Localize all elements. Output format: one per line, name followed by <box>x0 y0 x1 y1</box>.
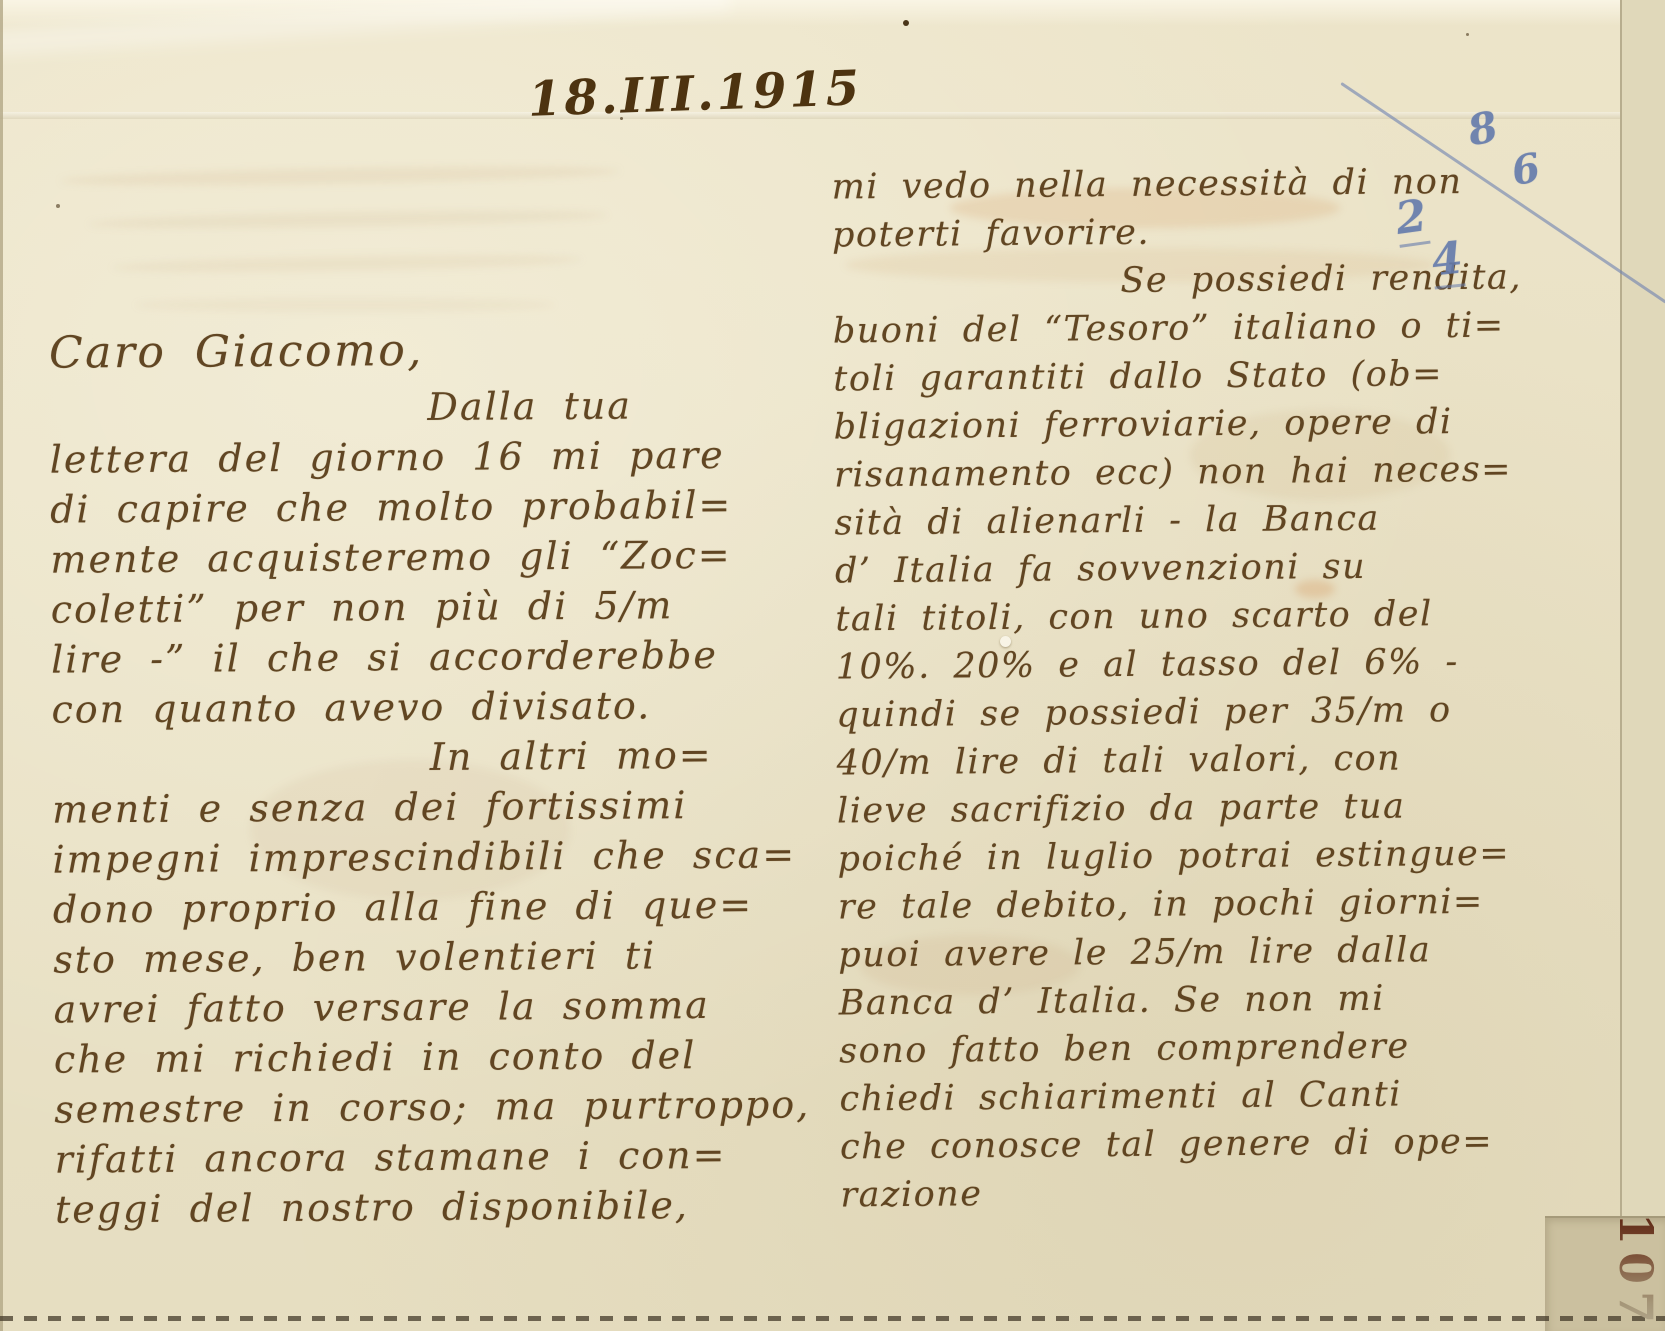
letter-line: poiché in luglio potrai estingue= <box>837 829 1637 884</box>
letter-line: tali titoli, con uno scarto del <box>835 589 1635 644</box>
letter-line: teggi del nostro disponibile, <box>55 1179 800 1234</box>
blue-pencil-mark: 8 <box>1463 101 1502 155</box>
salutation: Caro Giacomo, <box>49 323 794 384</box>
letter-line: che conosce tal genere di ope= <box>840 1116 1640 1171</box>
letter-line: impegni imprescindibili che sca= <box>52 829 797 884</box>
letter-line: con quanto avevo divisato. <box>51 679 796 734</box>
letter-line: sono fatto ben comprendere <box>839 1020 1639 1075</box>
letter-line: lieve sacrifizio da parte tua <box>837 781 1637 836</box>
showthrough-smudge <box>88 207 608 231</box>
letter-line: sto mese, ben volentieri ti <box>53 929 798 984</box>
letter-line: di capire che molto probabil= <box>50 479 795 534</box>
letter-line: Se possiedi rendita, <box>832 253 1632 308</box>
bottom-edge-stitch-line <box>0 1316 1665 1321</box>
letter-line: semestre in corso; ma purtroppo, <box>54 1079 799 1134</box>
letter-line: chiedi schiarimenti al Canti <box>839 1068 1639 1123</box>
letter-line: lire -” il che si accorderebbe <box>51 629 796 684</box>
page-number-stamp: 1078 <box>1617 1213 1663 1331</box>
letter-line: toli garantiti dallo Stato (ob= <box>833 349 1633 404</box>
letter-line: lettera del giorno 16 mi pare <box>50 429 795 484</box>
ink-speck <box>1466 33 1469 36</box>
ink-speck <box>903 20 909 26</box>
letter-line: sità di alienarli - la Banca <box>834 493 1634 548</box>
letter-line: avrei fatto versare la somma <box>53 979 798 1034</box>
letter-line: risanamento ecc) non hai neces= <box>834 445 1634 500</box>
letter-line: 40/m lire di tali valori, con <box>836 733 1636 788</box>
letter-line: mente acquisteremo gli “Zoc= <box>50 529 795 584</box>
letter-line: poterti favorire. <box>832 205 1632 260</box>
letter-line: Dalla tua <box>49 379 794 434</box>
left-column: Caro Giacomo, Dalla tua lettera del gior… <box>49 323 800 1234</box>
letter-line: razione <box>840 1164 1640 1219</box>
letter-line: menti e senza dei fortissimi <box>52 779 797 834</box>
letter-line: In altri mo= <box>52 729 797 784</box>
letter-date: 18.III.1915 <box>527 60 863 128</box>
letter-line: che mi richiedi in conto del <box>54 1029 799 1084</box>
letter-line: puoi avere le 25/m lire dalla <box>838 925 1638 980</box>
showthrough-smudge <box>135 298 555 312</box>
letter-line: quindi se possiedi per 35/m o <box>836 685 1636 740</box>
ink-speck <box>56 204 60 208</box>
letter-line: rifatti ancora stamane i con= <box>54 1129 799 1184</box>
letter-line: dono proprio alla fine di que= <box>53 879 798 934</box>
letter-line: 10%. 20% e al tasso del 6% - <box>836 637 1636 692</box>
blue-pencil-mark: 4 <box>1429 233 1465 290</box>
letter-scan: { "letter": { "date": "18.III.1915", "le… <box>0 0 1665 1331</box>
paper-left-edge <box>0 0 3 1331</box>
letter-line: Banca d’ Italia. Se non mi <box>839 972 1639 1027</box>
right-column: mi vedo nella necessità di non poterti f… <box>831 157 1640 1220</box>
letter-line: buoni del “Tesoro” italiano o ti= <box>833 301 1633 356</box>
letter-line: d’ Italia fa sovvenzioni su <box>835 541 1635 596</box>
letter-line: re tale debito, in pochi giorni= <box>838 877 1638 932</box>
letter-line: coletti” per non più di 5/m <box>51 579 796 634</box>
showthrough-smudge <box>60 163 620 189</box>
letter-line: bligazioni ferroviarie, opere di <box>834 397 1634 452</box>
showthrough-smudge <box>112 252 582 275</box>
